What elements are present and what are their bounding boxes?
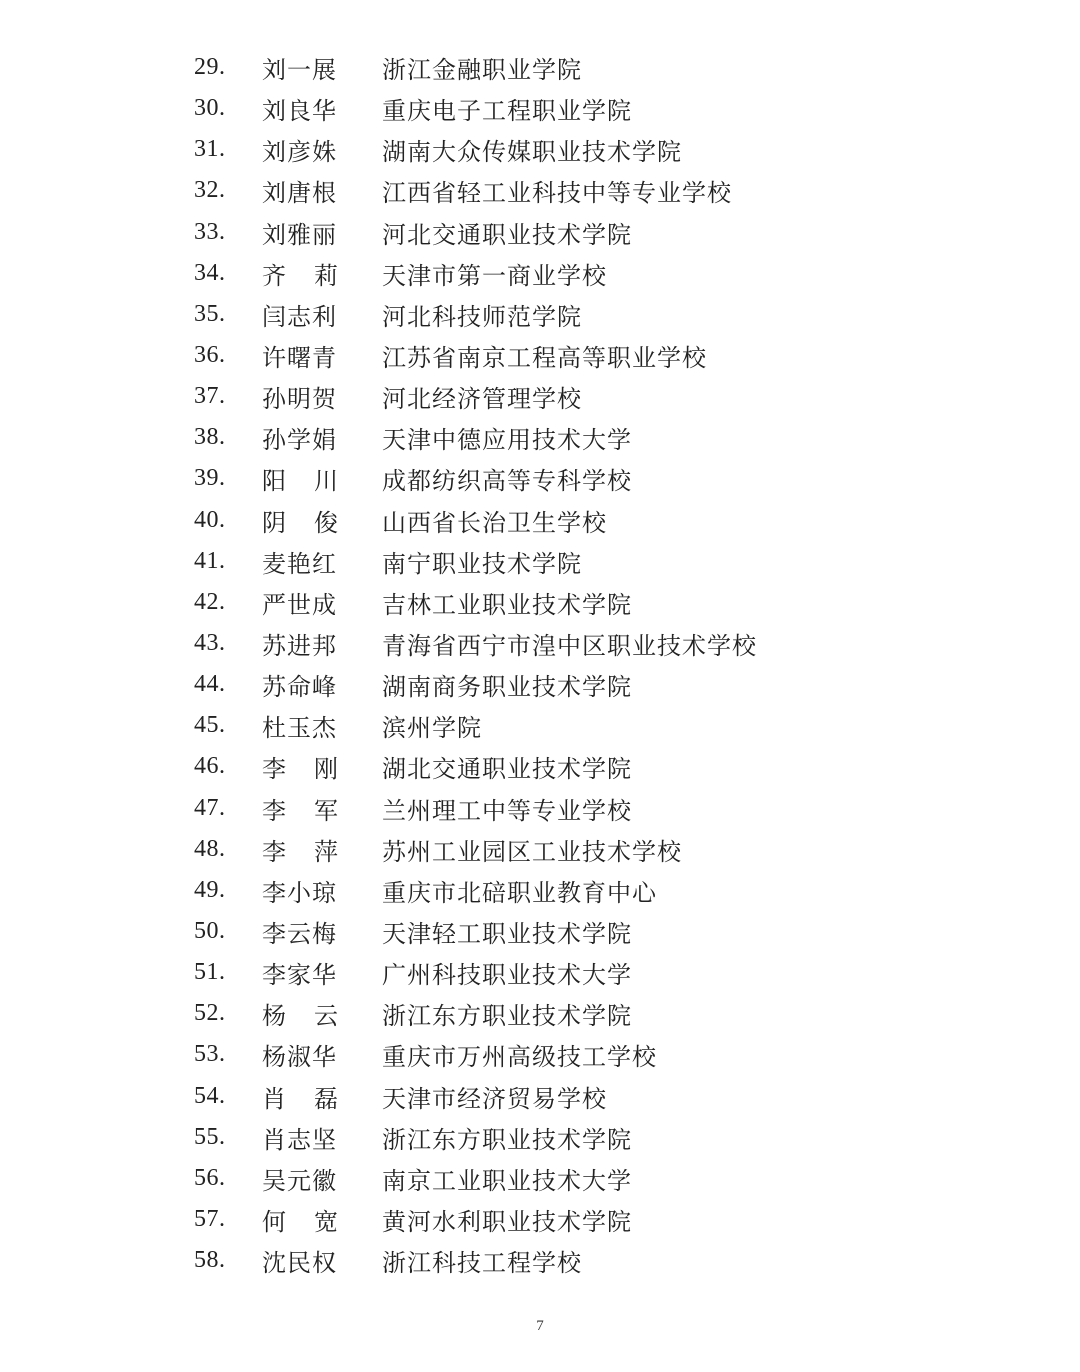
name-char: 杨 <box>262 996 286 1031</box>
name-char: 李 <box>262 791 286 826</box>
school-name: 天津市第一商业学校 <box>382 256 607 291</box>
list-item: 51.李家华广州科技职业技术大学 <box>194 952 757 993</box>
person-name: 孙学娟 <box>262 420 382 455</box>
entry-number: 40. <box>194 507 262 534</box>
person-name: 刘彦姝 <box>262 132 382 167</box>
name-char: 俊 <box>314 503 338 538</box>
list-item: 56.吴元徽南京工业职业技术大学 <box>194 1158 757 1199</box>
person-name: 苏命峰 <box>262 667 382 702</box>
person-name: 李家华 <box>262 955 382 990</box>
person-name: 苏进邦 <box>262 626 382 661</box>
list-item: 35.闫志利河北科技师范学院 <box>194 294 757 335</box>
list-item: 38.孙学娟天津中德应用技术大学 <box>194 417 757 458</box>
school-name: 重庆市万州高级技工学校 <box>382 1037 657 1072</box>
person-name: 刘良华 <box>262 91 382 126</box>
list-item: 32.刘唐根江西省轻工业科技中等专业学校 <box>194 170 757 211</box>
person-name: 李萍 <box>262 832 338 867</box>
person-name: 李刚 <box>262 749 338 784</box>
name-char: 军 <box>314 791 338 826</box>
entry-number: 56. <box>194 1165 262 1192</box>
list-item: 43.苏进邦青海省西宁市湟中区职业技术学校 <box>194 623 757 664</box>
school-name: 江苏省南京工程高等职业学校 <box>382 338 707 373</box>
school-name: 南宁职业技术学院 <box>382 544 582 579</box>
entry-number: 38. <box>194 424 262 451</box>
entry-number: 49. <box>194 877 262 904</box>
name-char: 萍 <box>314 832 338 867</box>
list-item: 48.李萍苏州工业园区工业技术学校 <box>194 829 757 870</box>
name-char: 刚 <box>314 749 338 784</box>
list-item: 57.何宽黄河水利职业技术学院 <box>194 1199 757 1240</box>
entry-number: 29. <box>194 54 262 81</box>
person-name: 李军 <box>262 791 338 826</box>
entry-number: 52. <box>194 1000 262 1027</box>
person-name: 吴元徽 <box>262 1161 382 1196</box>
list-item: 44.苏命峰湖南商务职业技术学院 <box>194 664 757 705</box>
person-name: 刘雅丽 <box>262 215 382 250</box>
entry-number: 45. <box>194 712 262 739</box>
school-name: 南京工业职业技术大学 <box>382 1161 632 1196</box>
entry-number: 31. <box>194 136 262 163</box>
list-item: 30.刘良华重庆电子工程职业学院 <box>194 88 757 129</box>
name-char: 李 <box>262 832 286 867</box>
list-item: 31.刘彦姝湖南大众传媒职业技术学院 <box>194 129 757 170</box>
list-item: 39.阳川成都纺织高等专科学校 <box>194 458 757 499</box>
entry-number: 30. <box>194 95 262 122</box>
page-number: 7 <box>0 1318 1080 1335</box>
list-item: 49.李小琼重庆市北碚职业教育中心 <box>194 870 757 911</box>
entry-number: 37. <box>194 383 262 410</box>
entry-number: 51. <box>194 959 262 986</box>
person-name: 刘一展 <box>262 50 382 85</box>
entry-number: 57. <box>194 1206 262 1233</box>
school-name: 河北经济管理学校 <box>382 379 582 414</box>
school-name: 青海省西宁市湟中区职业技术学校 <box>382 626 757 661</box>
person-name: 肖磊 <box>262 1079 338 1114</box>
school-name: 山西省长治卫生学校 <box>382 503 607 538</box>
list-item: 42.严世成吉林工业职业技术学院 <box>194 582 757 623</box>
person-name: 杨淑华 <box>262 1037 382 1072</box>
entry-number: 48. <box>194 836 262 863</box>
school-name: 广州科技职业技术大学 <box>382 955 632 990</box>
list-item: 46.李刚湖北交通职业技术学院 <box>194 746 757 787</box>
entry-number: 58. <box>194 1247 262 1274</box>
entry-number: 36. <box>194 342 262 369</box>
entry-number: 46. <box>194 753 262 780</box>
list-item: 37.孙明贺河北经济管理学校 <box>194 376 757 417</box>
school-name: 浙江金融职业学院 <box>382 50 582 85</box>
name-char: 阴 <box>262 503 286 538</box>
entry-number: 50. <box>194 918 262 945</box>
list-item: 53.杨淑华重庆市万州高级技工学校 <box>194 1034 757 1075</box>
school-name: 河北交通职业技术学院 <box>382 215 632 250</box>
school-name: 兰州理工中等专业学校 <box>382 791 632 826</box>
person-name: 杨云 <box>262 996 338 1031</box>
list-item: 45.杜玉杰滨州学院 <box>194 705 757 746</box>
school-name: 滨州学院 <box>382 708 482 743</box>
person-name: 李小琼 <box>262 873 382 908</box>
entry-number: 34. <box>194 260 262 287</box>
entry-number: 39. <box>194 465 262 492</box>
name-char: 宽 <box>314 1202 338 1237</box>
name-list: 29.刘一展浙江金融职业学院30.刘良华重庆电子工程职业学院31.刘彦姝湖南大众… <box>194 47 757 1281</box>
person-name: 许曙青 <box>262 338 382 373</box>
list-item: 40.阴俊山西省长治卫生学校 <box>194 500 757 541</box>
entry-number: 47. <box>194 795 262 822</box>
person-name: 齐莉 <box>262 256 338 291</box>
school-name: 浙江东方职业技术学院 <box>382 996 632 1031</box>
entry-number: 35. <box>194 301 262 328</box>
name-char: 莉 <box>314 256 338 291</box>
list-item: 36.许曙青江苏省南京工程高等职业学校 <box>194 335 757 376</box>
person-name: 杜玉杰 <box>262 708 382 743</box>
school-name: 浙江科技工程学校 <box>382 1243 582 1278</box>
person-name: 沈民权 <box>262 1243 382 1278</box>
school-name: 黄河水利职业技术学院 <box>382 1202 632 1237</box>
list-item: 47.李军兰州理工中等专业学校 <box>194 788 757 829</box>
school-name: 重庆电子工程职业学院 <box>382 91 632 126</box>
list-item: 41.麦艳红南宁职业技术学院 <box>194 541 757 582</box>
entry-number: 53. <box>194 1041 262 1068</box>
entry-number: 55. <box>194 1124 262 1151</box>
person-name: 何宽 <box>262 1202 338 1237</box>
person-name: 李云梅 <box>262 914 382 949</box>
entry-number: 41. <box>194 548 262 575</box>
person-name: 阴俊 <box>262 503 338 538</box>
name-char: 李 <box>262 749 286 784</box>
school-name: 成都纺织高等专科学校 <box>382 461 632 496</box>
school-name: 浙江东方职业技术学院 <box>382 1120 632 1155</box>
name-char: 磊 <box>314 1079 338 1114</box>
school-name: 重庆市北碚职业教育中心 <box>382 873 657 908</box>
entry-number: 32. <box>194 177 262 204</box>
person-name: 肖志坚 <box>262 1120 382 1155</box>
list-item: 29.刘一展浙江金融职业学院 <box>194 47 757 88</box>
school-name: 天津市经济贸易学校 <box>382 1079 607 1114</box>
list-item: 58.沈民权浙江科技工程学校 <box>194 1240 757 1281</box>
person-name: 刘唐根 <box>262 173 382 208</box>
school-name: 河北科技师范学院 <box>382 297 582 332</box>
list-item: 34.齐莉天津市第一商业学校 <box>194 253 757 294</box>
list-item: 50.李云梅天津轻工职业技术学院 <box>194 911 757 952</box>
list-item: 33.刘雅丽河北交通职业技术学院 <box>194 212 757 253</box>
list-item: 52.杨云浙江东方职业技术学院 <box>194 993 757 1034</box>
school-name: 湖北交通职业技术学院 <box>382 749 632 784</box>
person-name: 孙明贺 <box>262 379 382 414</box>
entry-number: 43. <box>194 630 262 657</box>
list-item: 54.肖磊天津市经济贸易学校 <box>194 1076 757 1117</box>
name-char: 肖 <box>262 1079 286 1114</box>
entry-number: 33. <box>194 219 262 246</box>
person-name: 严世成 <box>262 585 382 620</box>
name-char: 何 <box>262 1202 286 1237</box>
document-page: 29.刘一展浙江金融职业学院30.刘良华重庆电子工程职业学院31.刘彦姝湖南大众… <box>0 0 1080 1372</box>
school-name: 天津轻工职业技术学院 <box>382 914 632 949</box>
name-char: 川 <box>314 461 338 496</box>
school-name: 湖南商务职业技术学院 <box>382 667 632 702</box>
person-name: 闫志利 <box>262 297 382 332</box>
list-item: 55.肖志坚浙江东方职业技术学院 <box>194 1117 757 1158</box>
name-char: 阳 <box>262 461 286 496</box>
name-char: 云 <box>314 996 338 1031</box>
name-char: 齐 <box>262 256 286 291</box>
school-name: 苏州工业园区工业技术学校 <box>382 832 682 867</box>
person-name: 麦艳红 <box>262 544 382 579</box>
school-name: 吉林工业职业技术学院 <box>382 585 632 620</box>
entry-number: 44. <box>194 671 262 698</box>
entry-number: 54. <box>194 1083 262 1110</box>
school-name: 湖南大众传媒职业技术学院 <box>382 132 682 167</box>
school-name: 江西省轻工业科技中等专业学校 <box>382 173 732 208</box>
school-name: 天津中德应用技术大学 <box>382 420 632 455</box>
person-name: 阳川 <box>262 461 338 496</box>
entry-number: 42. <box>194 589 262 616</box>
